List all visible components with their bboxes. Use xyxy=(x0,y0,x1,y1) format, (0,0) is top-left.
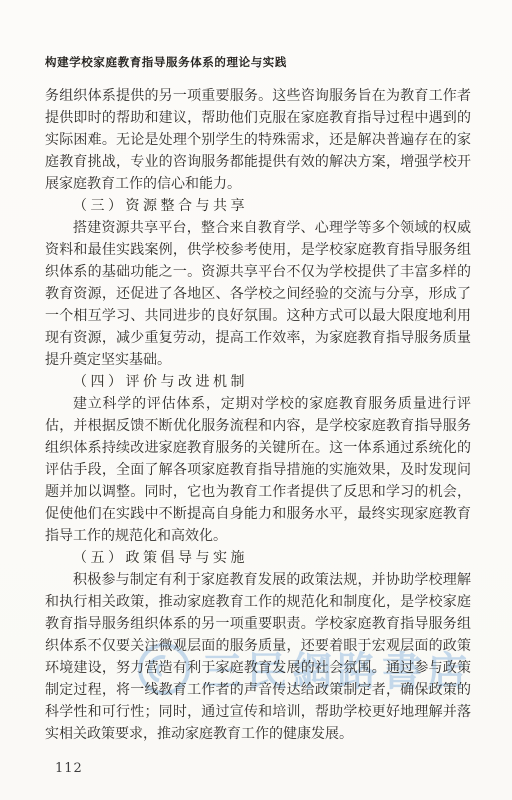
section-5-paragraph: 积极参与制定有利于家庭教育发展的政策法规，并协助学校理解和执行相关政策，推动家庭… xyxy=(45,569,471,745)
section-heading-5: （五）政策倡导与实施 xyxy=(45,547,471,569)
running-header: 构建学校家庭教育指导服务体系的理论与实践 xyxy=(45,54,287,70)
page-number: 112 xyxy=(55,761,83,776)
book-page: 三民網路書店 构建学校家庭教育指导服务体系的理论与实践 务组织体系提供的另一项重… xyxy=(0,0,512,800)
section-3-paragraph: 搭建资源共享平台，整合来自教育学、心理学等多个领域的权威资料和最佳实践案例，供学… xyxy=(45,217,471,371)
paragraph-continuation: 务组织体系提供的另一项重要服务。这些咨询服务旨在为教育工作者提供即时的帮助和建议… xyxy=(45,85,471,195)
body-text: 务组织体系提供的另一项重要服务。这些咨询服务旨在为教育工作者提供即时的帮助和建议… xyxy=(45,85,471,745)
section-4-paragraph: 建立科学的评估体系，定期对学校的家庭教育服务质量进行评估，并根据反馈不断优化服务… xyxy=(45,393,471,547)
section-heading-4: （四）评价与改进机制 xyxy=(45,371,471,393)
section-heading-3: （三）资源整合与共享 xyxy=(45,195,471,217)
